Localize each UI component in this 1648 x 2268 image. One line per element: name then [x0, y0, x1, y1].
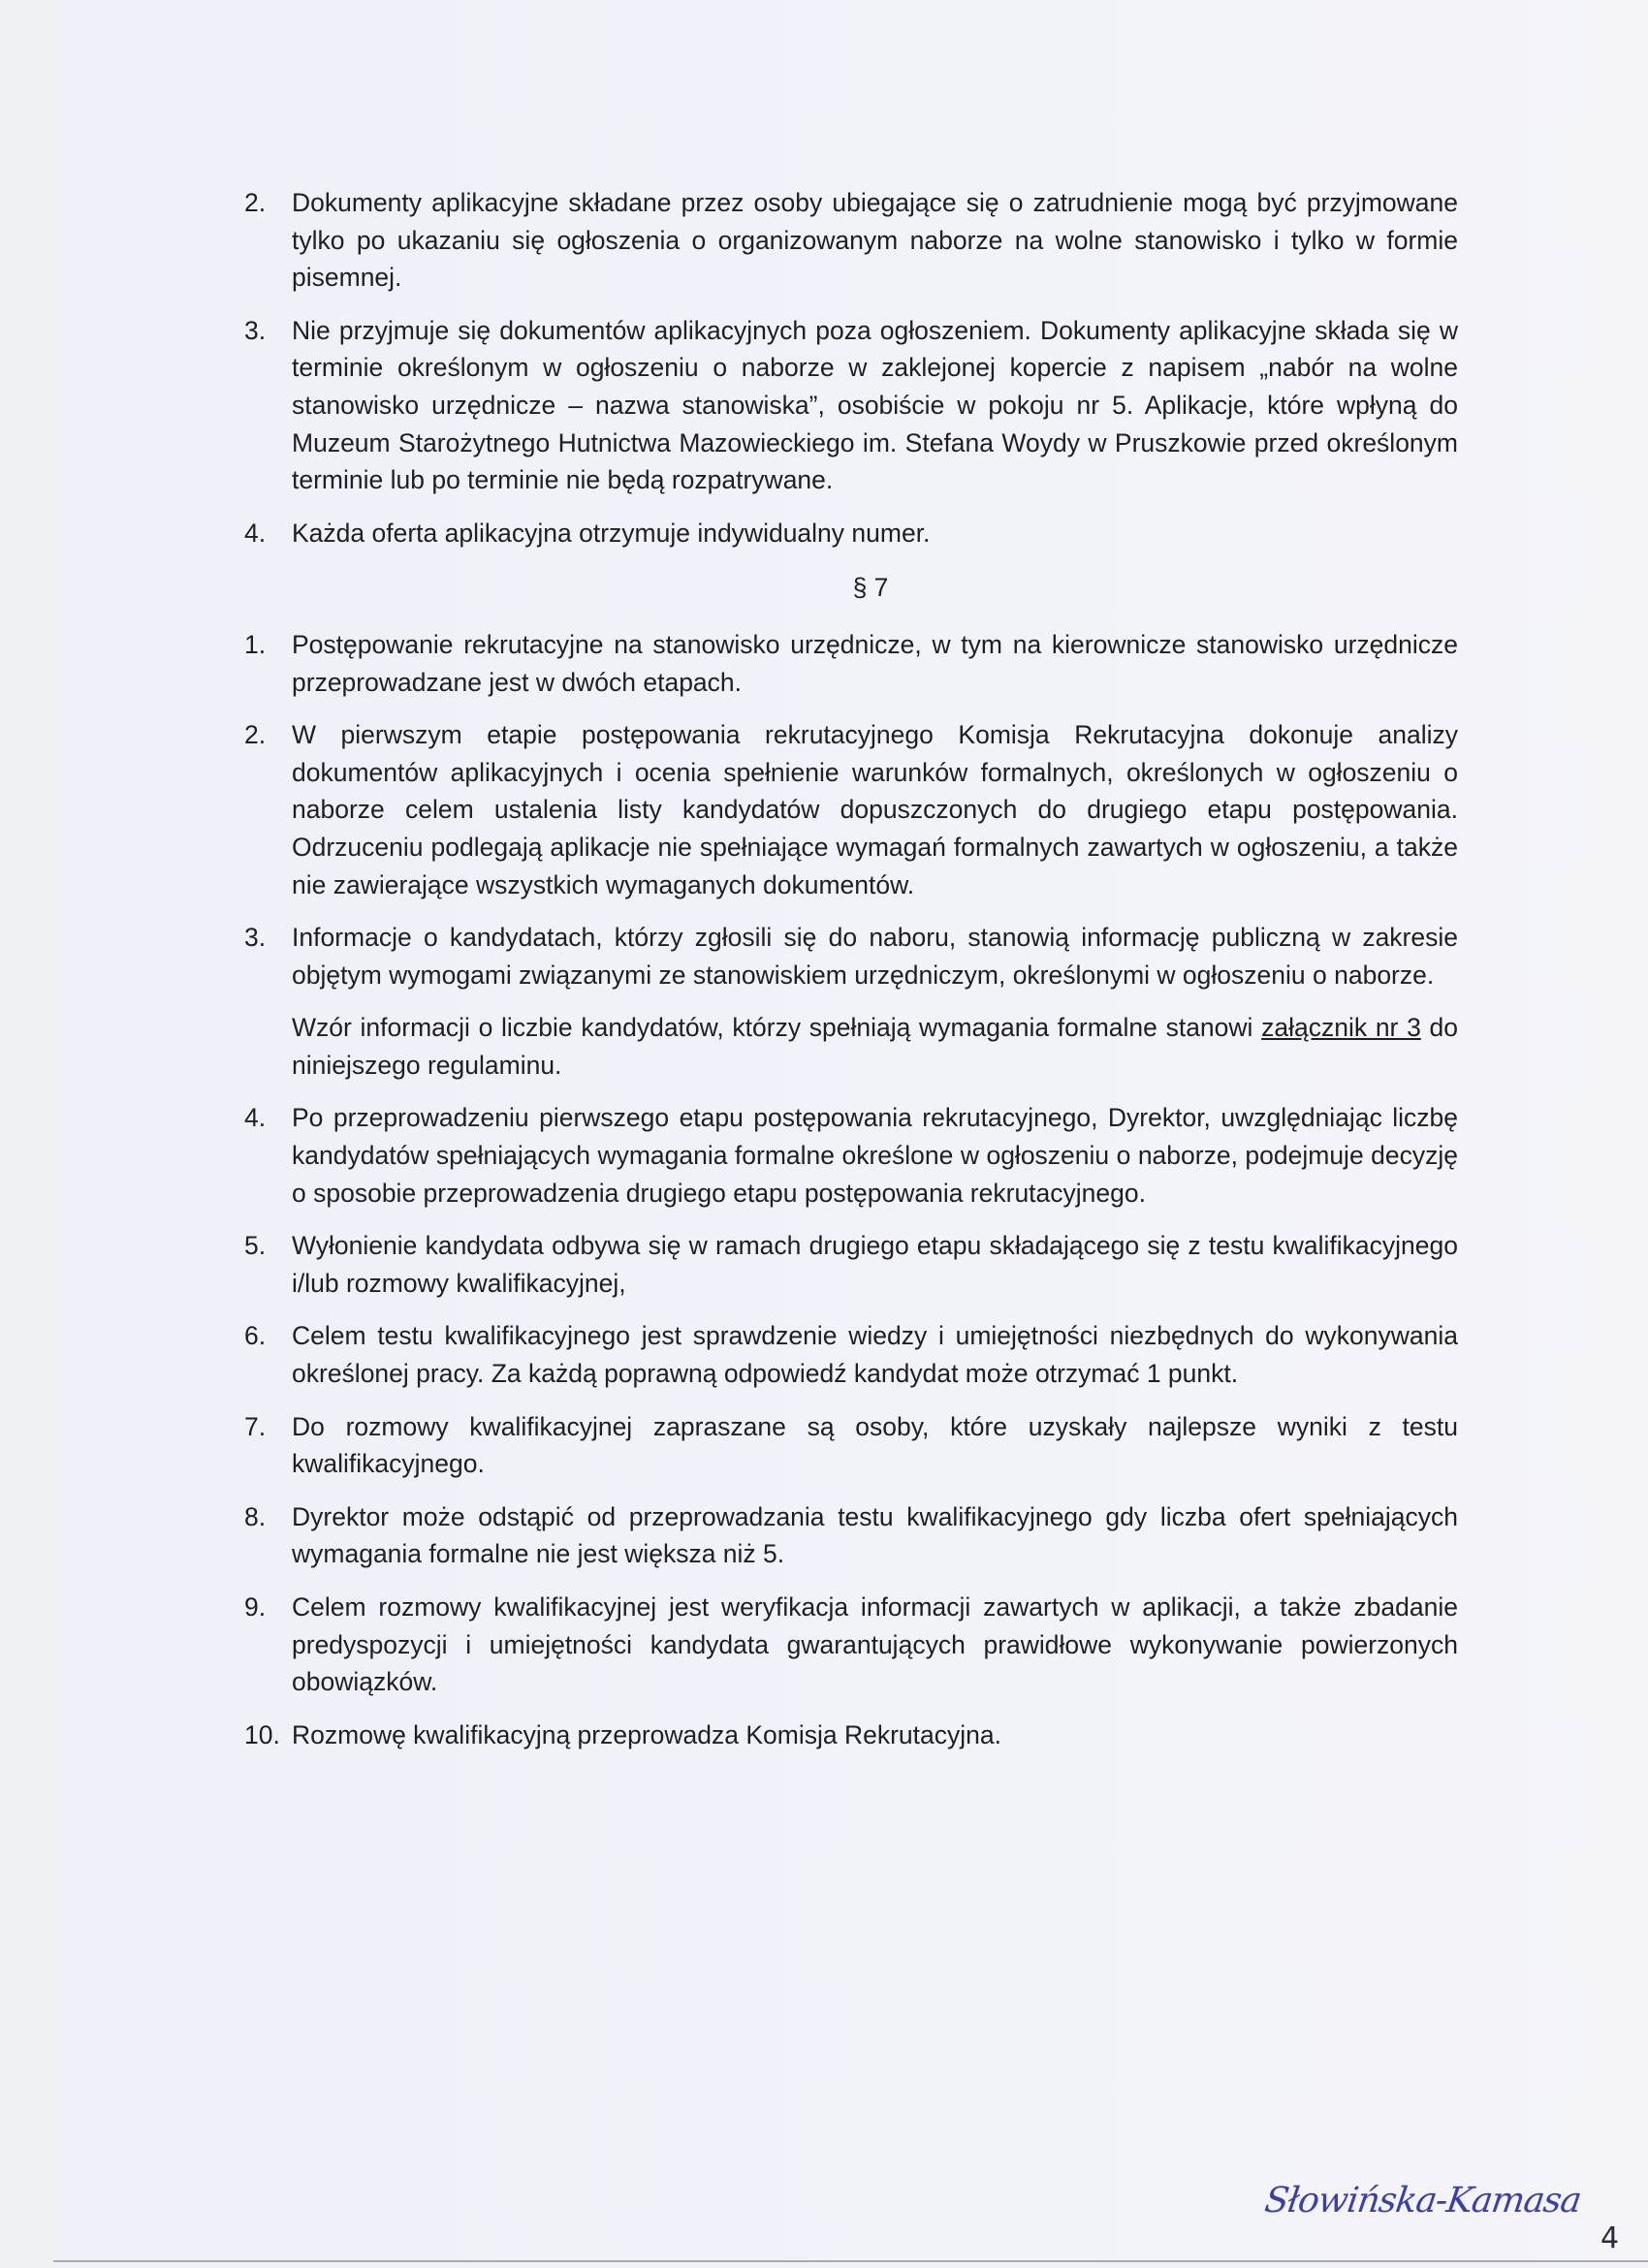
item-text: Nie przyjmuje się dokumentów aplikacyjny…: [292, 312, 1458, 499]
item-text: Dyrektor może odstąpić od przeprowadzani…: [292, 1498, 1458, 1573]
attachment-note: Wzór informacji o liczbie kandydatów, kt…: [244, 1009, 1458, 1084]
list-item: 2. W pierwszym etapie postępowania rekru…: [244, 716, 1458, 903]
list-item: 10. Rozmowę kwalifikacyjną przeprowadza …: [244, 1717, 1458, 1754]
item-number: 6.: [244, 1317, 292, 1355]
item-text: W pierwszym etapie postępowania rekrutac…: [292, 716, 1458, 903]
list-item: 7. Do rozmowy kwalifikacyjnej zapraszane…: [244, 1408, 1458, 1483]
list-item: 8. Dyrektor może odstąpić od przeprowadz…: [244, 1498, 1458, 1573]
item-text: Celem testu kwalifikacyjnego jest sprawd…: [292, 1317, 1458, 1392]
item-text: Do rozmowy kwalifikacyjnej zapraszane są…: [292, 1408, 1458, 1483]
note-prefix: Wzór informacji o liczbie kandydatów, kt…: [292, 1013, 1261, 1042]
list-item: 1. Postępowanie rekrutacyjne na stanowis…: [244, 626, 1458, 701]
item-text: Postępowanie rekrutacyjne na stanowisko …: [292, 626, 1458, 701]
item-text: Informacje o kandydatach, którzy zgłosil…: [292, 919, 1458, 993]
list-item: 5. Wyłonienie kandydata odbywa się w ram…: [244, 1227, 1458, 1302]
list-item: 2. Dokumenty aplikacyjne składane przez …: [244, 184, 1458, 297]
item-number: 4.: [244, 515, 292, 552]
list-item: 9. Celem rozmowy kwalifikacyjnej jest we…: [244, 1589, 1458, 1701]
list-item: 3. Informacje o kandydatach, którzy zgło…: [244, 919, 1458, 993]
item-text: Po przeprowadzeniu pierwszego etapu post…: [292, 1099, 1458, 1212]
attachment-reference: załącznik nr 3: [1261, 1013, 1421, 1042]
list-item: 3. Nie przyjmuje się dokumentów aplikacy…: [244, 312, 1458, 499]
page-number: 4: [1600, 2221, 1619, 2255]
list-item: 4. Po przeprowadzeniu pierwszego etapu p…: [244, 1099, 1458, 1212]
handwritten-signature: Słowińska-Kamasa: [1262, 2181, 1583, 2221]
document-body: 2. Dokumenty aplikacyjne składane przez …: [244, 184, 1458, 1769]
item-number: 3.: [244, 312, 292, 350]
item-number: 8.: [244, 1498, 292, 1536]
section-heading: § 7: [244, 569, 1458, 607]
list-item: 4. Każda oferta aplikacyjna otrzymuje in…: [244, 515, 1458, 552]
item-number: 5.: [244, 1227, 292, 1265]
item-text: Wyłonienie kandydata odbywa się w ramach…: [292, 1227, 1458, 1302]
item-number: 2.: [244, 716, 292, 754]
item-number: 1.: [244, 626, 292, 664]
item-number: 2.: [244, 184, 292, 222]
item-number: 4.: [244, 1099, 292, 1137]
item-number: 7.: [244, 1408, 292, 1446]
item-text: Rozmowę kwalifikacyjną przeprowadza Komi…: [292, 1717, 1458, 1754]
scan-margin-strip: [0, 0, 53, 2268]
item-text: Celem rozmowy kwalifikacyjnej jest weryf…: [292, 1589, 1458, 1701]
item-text: Każda oferta aplikacyjna otrzymuje indyw…: [292, 515, 1458, 552]
item-number: 3.: [244, 919, 292, 957]
item-text: Dokumenty aplikacyjne składane przez oso…: [292, 184, 1458, 297]
list-item: 6. Celem testu kwalifikacyjnego jest spr…: [244, 1317, 1458, 1392]
item-number: 10.: [244, 1717, 292, 1754]
item-number: 9.: [244, 1589, 292, 1626]
